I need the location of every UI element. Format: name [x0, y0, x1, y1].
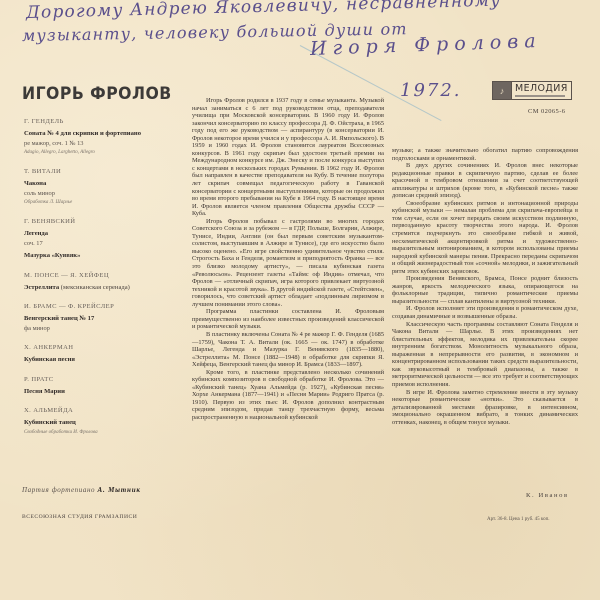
- liner-paragraph: Произведения Венявского, Брамса, Понсе р…: [392, 275, 578, 305]
- liner-paragraph: В игре И. Фролова заметно стремление вне…: [392, 389, 578, 427]
- program-item: М. ПОНСЕ — Я. ХЕЙФЕЦЭстреллита (мексикан…: [24, 272, 194, 293]
- inscription-year: 1972.: [400, 80, 462, 101]
- program-item: Т. ВИТАЛИЧаконасоль минорОбработка Л. Ша…: [24, 168, 194, 207]
- liner-notes-middle: Игорь Фролов родился в 1937 году в семье…: [192, 97, 384, 422]
- work-title: Венгерский танец № 17: [24, 314, 194, 324]
- liner-paragraph: В двух других сочинениях И. Фролов внес …: [392, 162, 578, 200]
- melodiya-emblem-icon: ♪: [493, 82, 512, 99]
- composer-name: Г. ГЕНДЕЛЬ: [24, 118, 194, 125]
- work-title: Кубинская песня: [24, 355, 194, 365]
- composer-name: М. ПОНСЕ — Я. ХЕЙФЕЦ: [24, 272, 194, 279]
- notes-author: К. Иванов: [526, 492, 569, 499]
- work-title: Соната № 4 для скрипки и фортепиано: [24, 129, 194, 139]
- liner-paragraph: Программа пластинки составлена И. Фролов…: [192, 308, 384, 331]
- liner-paragraph: Классическую часть программы составляют …: [392, 321, 578, 389]
- logo-wordmark: МЕЛОДИЯ: [512, 82, 571, 99]
- liner-paragraph: Игорь Фролов родился в 1937 году в семье…: [192, 97, 384, 218]
- work-details: соч. 17: [24, 239, 194, 249]
- work-subtitle: (мексиканская серенада): [59, 284, 130, 291]
- work-note: Adagio, Allegro, Larghetto, Allegro: [24, 148, 194, 157]
- piano-label: Партия фортепиано: [22, 486, 95, 494]
- program-item: Р. ПРАТСПесня Марии: [24, 376, 194, 397]
- liner-paragraph: Своеобразие кубинских ритмов и интонацио…: [392, 200, 578, 275]
- program-item: Х. АЛЬМЕЙДАКубинский танецСвободные обра…: [24, 407, 194, 437]
- price-text: Арт. 36-8. Цена 1 руб. 45 коп.: [487, 517, 550, 522]
- work-title: Мазурка «Куявяк»: [24, 251, 194, 261]
- liner-notes-right: музыке; а также значительно обогатил пар…: [392, 147, 578, 426]
- composer-name: Р. ПРАТС: [24, 376, 194, 383]
- pianist-name: А. Мытник: [98, 486, 141, 494]
- label-name: МЕЛОДИЯ: [515, 84, 571, 94]
- melodiya-logo: ♪ МЕЛОДИЯ: [492, 81, 572, 100]
- composer-name: Х. АЛЬМЕЙДА: [24, 407, 194, 414]
- catalog-number: СМ 02065-6: [528, 108, 565, 115]
- liner-paragraph: В пластинку включены Соната № 4 ре мажор…: [192, 331, 384, 369]
- composer-name: И. БРАМС — Ф. КРЕЙСЛЕР: [24, 303, 194, 310]
- artist-title: ИГОРЬ ФРОЛОВ: [22, 84, 172, 103]
- work-details: ре мажор, соч. 1 № 13: [24, 139, 194, 149]
- liner-paragraph: Игорь Фролов побывал с гастролями во мно…: [192, 218, 384, 309]
- inscription-line-1: Дорогому Андрею Яковлевичу, несравненном…: [26, 0, 502, 23]
- track-program: Г. ГЕНДЕЛЬСоната № 4 для скрипки и форте…: [24, 118, 194, 448]
- label-subtitle-rule: [515, 95, 565, 97]
- program-item: Х. АНКЕРМАНКубинская песня: [24, 344, 194, 365]
- work-title: Песня Марии: [24, 387, 194, 397]
- program-item: Г. ГЕНДЕЛЬСоната № 4 для скрипки и форте…: [24, 118, 194, 157]
- program-item: Г. ВЕНЯВСКИЙЛегендасоч. 17Мазурка «Куявя…: [24, 218, 194, 261]
- work-details: соль минор: [24, 189, 194, 199]
- studio-credit: ВСЕСОЮЗНАЯ СТУДИЯ ГРАМЗАПИСИ: [22, 514, 137, 520]
- composer-name: Г. ВЕНЯВСКИЙ: [24, 218, 194, 225]
- work-details: фа минор: [24, 324, 194, 334]
- piano-credit: Партия фортепиано А. Мытник: [22, 486, 141, 494]
- work-note: Обработка Л. Шарлье: [24, 198, 194, 207]
- liner-paragraph: музыке; а также значительно обогатил пар…: [392, 147, 578, 162]
- composer-name: Х. АНКЕРМАН: [24, 344, 194, 351]
- work-title: Кубинский танец: [24, 418, 194, 428]
- work-title: Чакона: [24, 179, 194, 189]
- program-item: И. БРАМС — Ф. КРЕЙСЛЕРВенгерский танец №…: [24, 303, 194, 333]
- composer-name: Т. ВИТАЛИ: [24, 168, 194, 175]
- liner-paragraph: И. Фролов исполняет эти произведения в р…: [392, 305, 578, 320]
- work-title: Легенда: [24, 229, 194, 239]
- work-note: Свободные обработки И. Фролова: [24, 428, 194, 437]
- liner-paragraph: Кроме того, в пластинке представлено нес…: [192, 369, 384, 422]
- work-title: Эстреллита (мексиканская серенада): [24, 283, 194, 293]
